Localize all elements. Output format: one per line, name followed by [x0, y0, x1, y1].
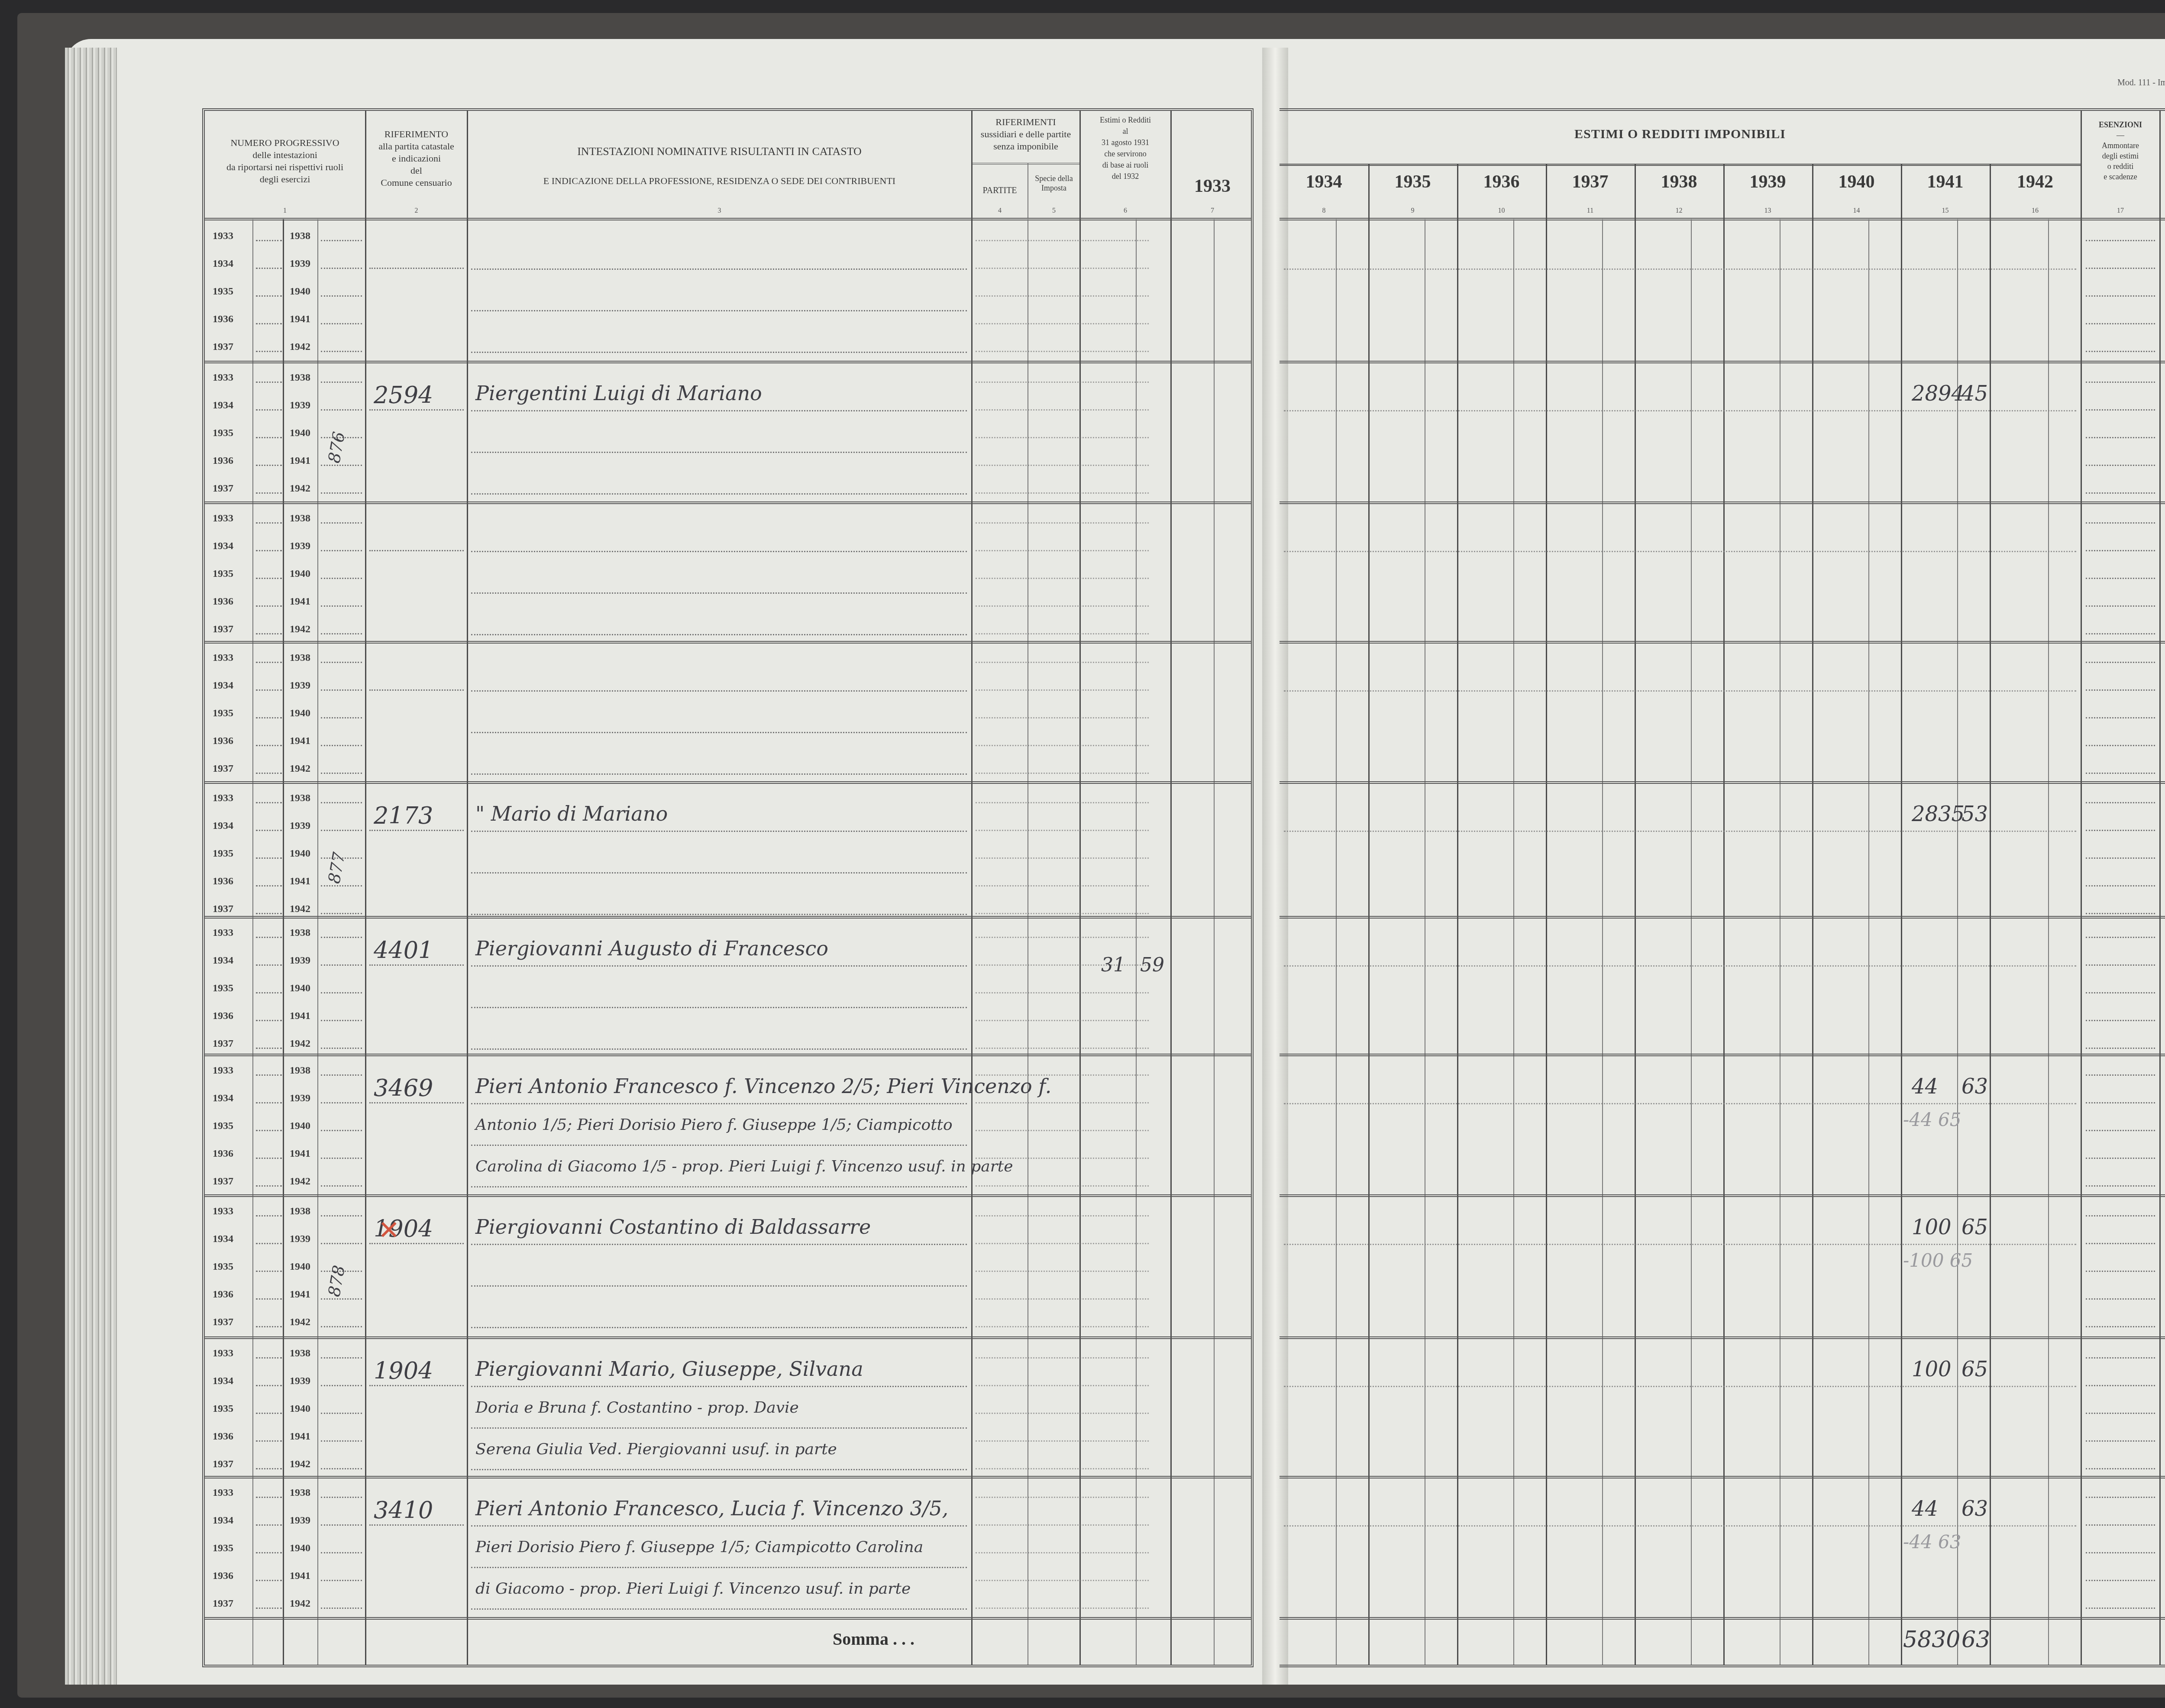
year-label: 1942	[290, 763, 310, 775]
right-register-table: ESTIMI O REDDITI IMPONIBILI 193481935919…	[1280, 108, 2165, 1667]
col2-header: RIFERIMENTO alla partita catastale e ind…	[366, 128, 467, 189]
year-label: 1941	[290, 1570, 310, 1582]
year-label: 1940	[290, 708, 310, 719]
year-label: 1940	[290, 983, 310, 994]
col5-number: 5	[1028, 207, 1079, 215]
reddito-1941-cents: 65	[1961, 1215, 1988, 1239]
year-col-number: 9	[1368, 207, 1457, 215]
col45-header: RIFERIMENTI sussidiari e delle partite s…	[972, 116, 1079, 152]
intestazione-line: Piergiovanni Augusto di Francesco	[475, 937, 828, 960]
year-label: 1942	[290, 903, 310, 915]
partita-number: 2594	[374, 382, 433, 409]
year-col-number: 12	[1635, 207, 1723, 215]
year-label: 1936	[213, 1289, 233, 1300]
year-label: 1941	[290, 596, 310, 608]
year-label: 1935	[213, 1403, 233, 1415]
year-header-1938: 1938	[1635, 176, 1723, 188]
reddito-1941-value: 44	[1912, 1074, 1938, 1099]
year-label: 1941	[290, 1010, 310, 1022]
year-label: 1939	[290, 1093, 310, 1104]
year-label: 1935	[213, 708, 233, 719]
year-header-1936: 1936	[1457, 176, 1546, 188]
year-label: 1937	[213, 1038, 233, 1050]
year-label: 1936	[213, 735, 233, 747]
year-label: 1937	[213, 1317, 233, 1328]
year-label: 1933	[213, 927, 233, 939]
year-label: 1937	[213, 1459, 233, 1470]
year-label: 1935	[213, 848, 233, 860]
year-label: 1939	[290, 540, 310, 552]
estimi-group-title: ESTIMI O REDDITI IMPONIBILI	[1280, 128, 2081, 140]
intestazione-line: Piergentini Luigi di Mariano	[475, 382, 762, 405]
year-label: 1941	[290, 735, 310, 747]
reddito-1941-correction: -100 65	[1903, 1250, 1973, 1271]
year-label: 1934	[213, 1093, 233, 1104]
year-col-number: 14	[1812, 207, 1901, 215]
year-header-1934: 1934	[1280, 176, 1368, 188]
year-label: 1936	[213, 455, 233, 467]
year-label: 1933	[213, 1348, 233, 1359]
year-label: 1935	[213, 1543, 233, 1554]
col1-header: NUMERO PROGRESSIVO delle intestazioni da…	[205, 137, 365, 185]
col4-number: 4	[972, 207, 1028, 215]
year-label: 1935	[213, 1120, 233, 1132]
year-label: 1935	[213, 568, 233, 580]
partita-number: 4401	[374, 937, 433, 964]
side-number: 876	[324, 430, 349, 464]
year-header-1939: 1939	[1723, 176, 1812, 188]
year-label: 1940	[290, 848, 310, 860]
year-label: 1940	[290, 1543, 310, 1554]
year-label: 1933	[213, 230, 233, 242]
year-label: 1935	[213, 427, 233, 439]
intestazione-line: Pieri Dorisio Piero f. Giuseppe 1/5; Cia…	[475, 1538, 923, 1556]
year-label: 1939	[290, 820, 310, 832]
year-label: 1934	[213, 820, 233, 832]
struck-out-mark: ✕	[378, 1215, 400, 1245]
estimi-1931-value: 31	[1101, 954, 1125, 976]
year-label: 1933	[213, 793, 233, 804]
year-label: 1934	[213, 955, 233, 967]
year-label: 1937	[213, 483, 233, 495]
year-label: 1939	[290, 258, 310, 270]
year-label: 1936	[213, 1570, 233, 1582]
year-header-1937: 1937	[1546, 176, 1635, 188]
reddito-1941-value: 2894	[1912, 382, 1965, 406]
year-label: 1937	[213, 624, 233, 635]
year-label: 1937	[213, 763, 233, 775]
reddito-1941-value: 100	[1912, 1357, 1952, 1381]
year-header-1942: 1942	[1990, 176, 2081, 188]
year-label: 1940	[290, 1120, 310, 1132]
year-col-number: 15	[1901, 207, 1990, 215]
partita-number: 3469	[374, 1074, 433, 1102]
year-label: 1941	[290, 455, 310, 467]
year-label: 1938	[290, 652, 310, 664]
year-label: 1940	[290, 1261, 310, 1273]
year-label: 1937	[213, 1598, 233, 1610]
estimi-1931-cents: 59	[1140, 954, 1164, 976]
col17-number: 17	[2081, 207, 2159, 215]
col2-number: 2	[366, 207, 467, 215]
year-label: 1938	[290, 372, 310, 384]
year-label: 1941	[290, 1431, 310, 1443]
year-label: 1936	[213, 1431, 233, 1443]
year-label: 1938	[290, 230, 310, 242]
year-label: 1940	[290, 568, 310, 580]
year-col-number: 11	[1546, 207, 1635, 215]
left-register-table: NUMERO PROGRESSIVO delle intestazioni da…	[202, 108, 1254, 1667]
year-label: 1935	[213, 286, 233, 298]
year-label: 1941	[290, 876, 310, 887]
year-label: 1933	[213, 1206, 233, 1217]
year-label: 1934	[213, 258, 233, 270]
somma-1941-cents: 63	[1961, 1627, 1990, 1653]
annotazioni-header: ANNOTAZIONI	[2160, 150, 2165, 162]
intestazione-line: di Giacomo - prop. Pieri Luigi f. Vincen…	[475, 1580, 911, 1598]
reddito-1941-value: 100	[1912, 1215, 1952, 1239]
col18-number: 18	[2160, 207, 2165, 215]
year-label: 1937	[213, 341, 233, 353]
year-header-1935: 1935	[1368, 176, 1457, 188]
year-label: 1939	[290, 1375, 310, 1387]
year-label: 1936	[213, 1010, 233, 1022]
year-label: 1935	[213, 1261, 233, 1273]
reddito-1941-cents: 53	[1961, 802, 1988, 826]
col6-number: 6	[1080, 207, 1170, 215]
year-label: 1933	[213, 1065, 233, 1077]
year-label: 1934	[213, 1233, 233, 1245]
year-label: 1940	[290, 286, 310, 298]
intestazione-line: Piergiovanni Costantino di Baldassarre	[475, 1215, 871, 1239]
year-label: 1938	[290, 513, 310, 524]
year-label: 1936	[213, 876, 233, 887]
year-label: 1934	[213, 1375, 233, 1387]
year-label: 1942	[290, 624, 310, 635]
partita-number: 3410	[374, 1497, 433, 1524]
intestazione-line: Carolina di Giacomo 1/5 - prop. Pieri Lu…	[475, 1158, 1013, 1175]
year-label: 1942	[290, 341, 310, 353]
year-label: 1939	[290, 680, 310, 692]
year-label: 1933	[213, 513, 233, 524]
year-label: 1940	[290, 427, 310, 439]
intestazione-line: Doria e Bruna f. Costantino - prop. Davi…	[475, 1399, 799, 1417]
col7-number: 7	[1171, 207, 1254, 215]
year-col-number: 16	[1990, 207, 2081, 215]
year-label: 1938	[290, 1206, 310, 1217]
intestazione-line: " Mario di Mariano	[475, 802, 668, 825]
year-label: 1942	[290, 1459, 310, 1470]
year-label: 1933	[213, 652, 233, 664]
year-label: 1934	[213, 540, 233, 552]
form-model-label: Mod. 111 - Imposte Dirette (Intercalare)…	[2117, 78, 2165, 88]
page-edges-left	[65, 48, 117, 1685]
col3-header: INTESTAZIONI NOMINATIVE RISULTANTI IN CA…	[468, 146, 971, 187]
col5-header: Specie della Imposta	[1028, 174, 1079, 193]
reddito-1941-cents: 45	[1961, 382, 1988, 406]
year-label: 1942	[290, 483, 310, 495]
year-label: 1933	[213, 372, 233, 384]
intestazione-line: Pieri Antonio Francesco, Lucia f. Vincen…	[475, 1497, 948, 1520]
year-col-number: 10	[1457, 207, 1546, 215]
year-label: 1936	[213, 1148, 233, 1160]
year-label: 1935	[213, 983, 233, 994]
year-label: 1936	[213, 314, 233, 325]
col3-number: 3	[468, 207, 971, 215]
year-label: 1939	[290, 400, 310, 411]
col1-number: 1	[205, 207, 365, 215]
col6-header: Estimi o Redditi al 31 agosto 1931 che s…	[1080, 114, 1170, 182]
reddito-1941-cents: 63	[1961, 1497, 1988, 1521]
year-label: 1934	[213, 1515, 233, 1527]
year-label: 1934	[213, 680, 233, 692]
year-label: 1938	[290, 1487, 310, 1499]
intestazione-line: Pieri Antonio Francesco f. Vincenzo 2/5;…	[475, 1074, 1051, 1098]
partita-number: 2173	[374, 802, 433, 829]
reddito-1941-value: 2835	[1912, 802, 1965, 826]
reddito-1941-cents: 63	[1961, 1074, 1988, 1099]
reddito-1941-cents: 65	[1961, 1357, 1988, 1381]
year-label: 1937	[213, 903, 233, 915]
year-header-1940: 1940	[1812, 176, 1901, 188]
year-col-number: 8	[1280, 207, 1368, 215]
intestazione-line: Serena Giulia Ved. Piergiovanni usuf. in…	[475, 1440, 837, 1458]
year-label: 1938	[290, 1348, 310, 1359]
somma-label: Somma . . .	[833, 1629, 914, 1649]
year-label: 1936	[213, 596, 233, 608]
year-label: 1942	[290, 1317, 310, 1328]
partita-number: 1904	[374, 1357, 433, 1385]
intestazione-line: Antonio 1/5; Pieri Dorisio Piero f. Gius…	[475, 1116, 953, 1134]
col4-header: PARTITE	[972, 184, 1028, 197]
reddito-1941-value: 44	[1912, 1497, 1938, 1521]
year-label: 1942	[290, 1598, 310, 1610]
intestazione-line: Piergiovanni Mario, Giuseppe, Silvana	[475, 1357, 863, 1381]
year-label: 1933	[213, 1487, 233, 1499]
year-label: 1937	[213, 1176, 233, 1187]
esenzioni-header: ESENZIONI — Ammontare degli estimi o red…	[2081, 120, 2159, 182]
year-col-number: 13	[1723, 207, 1812, 215]
year-label: 1938	[290, 1065, 310, 1077]
year-label: 1938	[290, 793, 310, 804]
year-label: 1934	[213, 400, 233, 411]
reddito-1941-correction: -44 63	[1903, 1531, 1961, 1553]
side-number: 878	[324, 1264, 349, 1298]
year-label: 1939	[290, 955, 310, 967]
year-label: 1941	[290, 314, 310, 325]
col7-header-1933: 1933	[1171, 180, 1254, 192]
year-label: 1942	[290, 1176, 310, 1187]
reddito-1941-correction: -44 65	[1903, 1109, 1961, 1130]
year-label: 1940	[290, 1403, 310, 1415]
side-number: 877	[324, 851, 349, 885]
year-label: 1941	[290, 1148, 310, 1160]
year-label: 1939	[290, 1233, 310, 1245]
somma-1941-value: 5830	[1903, 1627, 1960, 1653]
year-label: 1938	[290, 927, 310, 939]
year-label: 1942	[290, 1038, 310, 1050]
year-label: 1939	[290, 1515, 310, 1527]
year-header-1941: 1941	[1901, 176, 1990, 188]
year-label: 1941	[290, 1289, 310, 1300]
